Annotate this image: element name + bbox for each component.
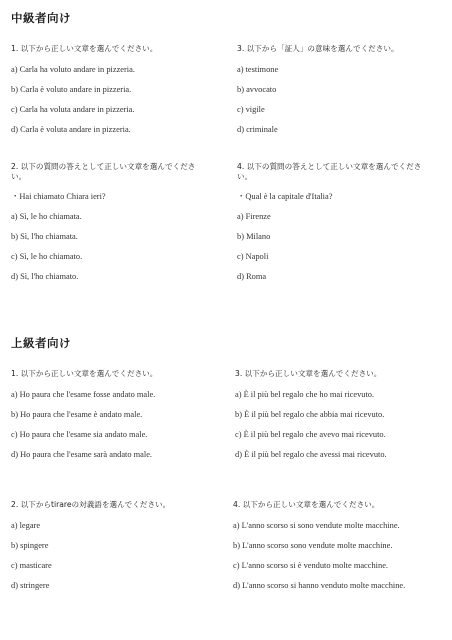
option-d: d) criminale (237, 125, 442, 135)
option-a: a) Firenze (237, 212, 422, 222)
option-c: c) È il più bel regalo che avevo mai ric… (235, 430, 440, 440)
option-a: a) testimone (237, 65, 442, 75)
option-a: a) Sì, le ho chiamata. (11, 212, 196, 222)
option-d: d) È il più bel regalo che avessi mai ri… (235, 450, 440, 460)
option-b: b) Sì, l'ho chiamata. (11, 232, 196, 242)
option-c: c) Sì, le ho chiamato. (11, 252, 196, 262)
advanced-question-3: 3. 以下から正しい文章を選んでください。 a) È il più bel re… (235, 369, 440, 470)
advanced-question-2: 2. 以下からtirareの対義語を選んでください。 a) legare b) … (11, 500, 216, 601)
option-c: c) Napoli (237, 252, 422, 262)
advanced-question-1: 1. 以下から正しい文章を選んでください。 a) Ho paura che l'… (11, 369, 216, 470)
option-b: b) Milano (237, 232, 422, 242)
option-d: d) stringere (11, 581, 216, 591)
question-prompt: 2. 以下からtirareの対義語を選んでください。 (11, 500, 216, 510)
option-a: a) Carla ha voluto andare in pizzeria. (11, 65, 216, 75)
option-d: d) Ho paura che l'esame sarà andato male… (11, 450, 216, 460)
intermediate-question-2: 2. 以下の質問の答えとして正しい文章を選んでください。 ・Hai chiama… (11, 162, 196, 292)
option-d: d) Carla è voluta andare in pizzeria. (11, 125, 216, 135)
question-prompt: 3. 以下から正しい文章を選んでください。 (235, 369, 440, 379)
option-a: a) L'anno scorso si sono vendute molte m… (233, 521, 438, 531)
question-prompt: 1. 以下から正しい文章を選んでください。 (11, 44, 216, 54)
option-a: a) legare (11, 521, 216, 531)
question-sub-prompt: ・Qual è la capitale d'Italia? (237, 192, 422, 202)
question-prompt: 4. 以下の質問の答えとして正しい文章を選んでください。 (237, 162, 422, 182)
intermediate-question-4: 4. 以下の質問の答えとして正しい文章を選んでください。 ・Qual è la … (237, 162, 422, 292)
advanced-question-4: 4. 以下から正しい文章を選んでください。 a) L'anno scorso s… (233, 500, 438, 601)
section-title-advanced: 上級者向け (11, 335, 71, 351)
intermediate-question-3: 3. 以下から「証人」の意味を選んでください。 a) testimone b) … (237, 44, 442, 145)
option-b: b) spingere (11, 541, 216, 551)
question-sub-prompt: ・Hai chiamato Chiara ieri? (11, 192, 196, 202)
option-b: b) avvocato (237, 85, 442, 95)
option-c: c) Carla ha voluta andare in pizzeria. (11, 105, 216, 115)
option-b: b) Ho paura che l'esame è andato male. (11, 410, 216, 420)
question-prompt: 3. 以下から「証人」の意味を選んでください。 (237, 44, 442, 54)
option-d: d) Roma (237, 272, 422, 282)
option-a: a) Ho paura che l'esame fosse andato mal… (11, 390, 216, 400)
option-d: d) L'anno scorso si hanno venduto molte … (233, 581, 438, 591)
question-prompt: 4. 以下から正しい文章を選んでください。 (233, 500, 438, 510)
option-c: c) vigile (237, 105, 442, 115)
option-b: b) L'anno scorso sono vendute molte macc… (233, 541, 438, 551)
option-c: c) Ho paura che l'esame sia andato male. (11, 430, 216, 440)
option-c: c) L'anno scorso si è venduto molte macc… (233, 561, 438, 571)
intermediate-question-1: 1. 以下から正しい文章を選んでください。 a) Carla ha voluto… (11, 44, 216, 145)
option-b: b) È il più bel regalo che abbia mai ric… (235, 410, 440, 420)
section-title-intermediate: 中級者向け (11, 10, 71, 26)
option-a: a) È il più bel regalo che ho mai ricevu… (235, 390, 440, 400)
option-c: c) masticare (11, 561, 216, 571)
question-prompt: 1. 以下から正しい文章を選んでください。 (11, 369, 216, 379)
option-b: b) Carla è voluto andare in pizzeria. (11, 85, 216, 95)
question-prompt: 2. 以下の質問の答えとして正しい文章を選んでください。 (11, 162, 196, 182)
option-d: d) Sì, l'ho chiamato. (11, 272, 196, 282)
